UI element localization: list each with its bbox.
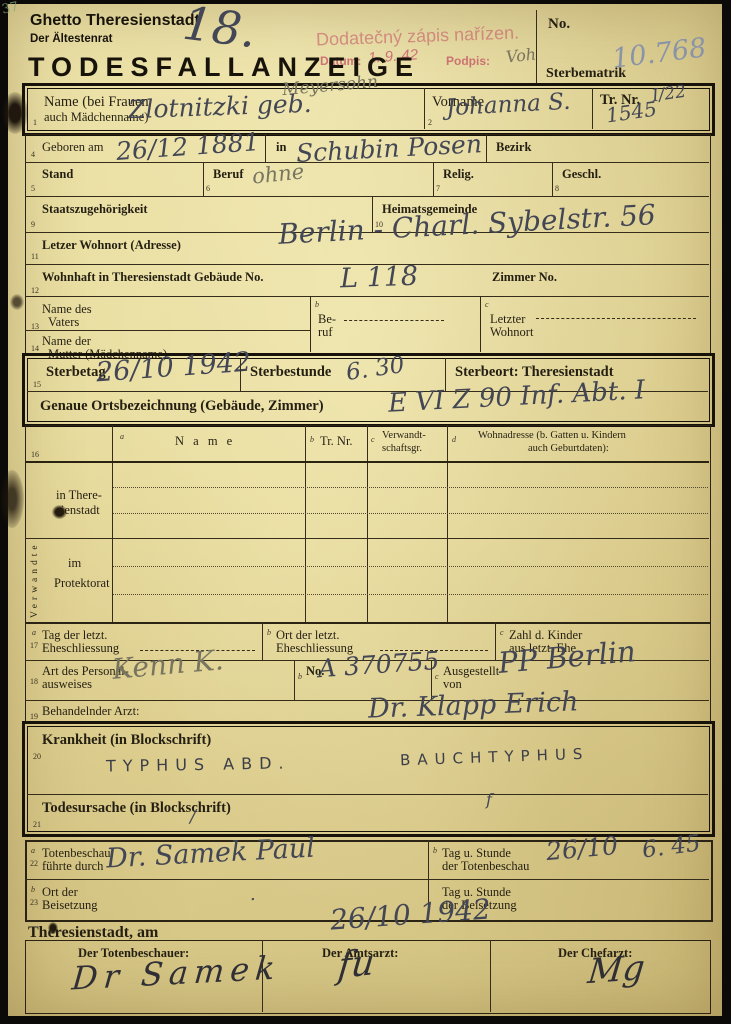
dotted-row-rule [113, 566, 708, 567]
col-divider [112, 425, 113, 622]
group1-label2: sienstadt [56, 503, 100, 517]
cell-divider [424, 88, 425, 129]
dotted-row-rule [113, 594, 708, 595]
cell-letter: c [500, 628, 504, 637]
cell-letter: b [298, 672, 302, 681]
cell-divider [433, 162, 434, 196]
field-number: 21 [33, 820, 41, 829]
totenbeschau-label2: führte durch [42, 859, 103, 873]
cell-letter: c [485, 300, 489, 309]
field-number: 1 [33, 118, 37, 127]
dotted-row-rule [113, 513, 708, 514]
col-header-name: N a m e [175, 434, 235, 448]
krankheit-label: Krankheit (in Blockschrift) [42, 732, 211, 748]
totenbeschau-tag-label: Tag u. Stunde [442, 846, 511, 860]
sterbestunde-label: Sterbestunde [250, 364, 331, 380]
sig2-signature: fu [336, 942, 377, 988]
col-header-verw: Verwandt- [382, 430, 426, 442]
relig-label: Relig. [443, 167, 474, 181]
field-number: 20 [33, 752, 41, 761]
arzt-label: Behandelnder Arzt: [42, 704, 140, 718]
bezirk-label: Bezirk [496, 140, 531, 154]
field-number: 12 [31, 286, 39, 295]
fill-dash [536, 318, 696, 319]
geboren-in-label: in [276, 140, 286, 154]
field-number: 19 [30, 712, 38, 721]
dotted-row-rule [113, 487, 708, 488]
vater-label2: Vaters [48, 315, 79, 329]
totenbeschau-label: Totenbeschau [42, 846, 111, 860]
field-number: 6 [206, 184, 210, 193]
beisetzung-mark: . [250, 884, 256, 905]
field-number: 18 [30, 677, 38, 686]
cell-letter: c [435, 672, 439, 681]
row-rule [25, 196, 709, 197]
beisetzung-ort-label: Ort der [42, 885, 78, 899]
cell-divider [480, 296, 481, 352]
group2-label2: Protektorat [54, 576, 110, 590]
cell-divider [262, 622, 263, 660]
field-number: 5 [31, 184, 35, 193]
fill-dash [344, 320, 444, 321]
col-letter: a [120, 432, 124, 441]
cell-divider [240, 358, 241, 391]
group2-label: im [68, 556, 81, 570]
letzter-wohnort-label2: Wohnort [490, 325, 533, 339]
field-number: 11 [31, 252, 39, 261]
cell-divider [552, 162, 553, 196]
col-header-trnr: Tr. Nr. [320, 434, 353, 448]
mutter-label: Name der [42, 334, 91, 348]
cell-letter: b [433, 846, 437, 855]
krankheit-handwriting-1: TYPHUS ABD. [106, 753, 291, 775]
verwandte-vertical-label: Verwandte [30, 468, 40, 618]
ausweis-label2: ausweises [42, 677, 92, 691]
vater-label: Name des [42, 302, 92, 316]
row-rule [25, 296, 709, 297]
wohnhaft-label: Wohnhaft in Theresienstadt Gebäude No. [42, 270, 263, 284]
stamp-podpis-label: Podpis: [446, 54, 490, 68]
col-divider [305, 425, 306, 622]
cell-letter: b [267, 628, 271, 637]
field-number: 16 [31, 450, 39, 459]
todesursache-label: Todesursache (in Blockschrift) [42, 800, 231, 816]
col-header-adr: Wohnadresse (b. Gatten u. Kindern [478, 430, 626, 442]
cell-divider [310, 296, 311, 352]
group1-label: in There- [56, 488, 102, 502]
col-divider [367, 425, 368, 622]
ehe-ort-label: Ort der letzt. [276, 628, 340, 642]
cell-divider [495, 622, 496, 660]
cell-letter: a [31, 846, 35, 855]
beruf-label: Beruf [213, 167, 244, 181]
field-number: 23 [30, 898, 38, 907]
ehe-tag-label2: Eheschliessung [42, 641, 119, 655]
todesursache-mark2: f [486, 790, 492, 809]
row-rule [27, 794, 708, 795]
field-number: 2 [428, 118, 432, 127]
cell-letter: b [31, 885, 35, 894]
scanned-death-notice-page: 37 Ghetto Theresienstadt Der Ältestenrat… [0, 0, 731, 1024]
paper-stain [10, 294, 24, 310]
paper-stain [2, 92, 28, 134]
header-divider [536, 10, 537, 84]
todesursache-mark1: / [190, 806, 196, 827]
cell-letter: a [32, 628, 36, 637]
header-rule [25, 461, 709, 463]
cell-divider [294, 660, 295, 700]
paper-stain [0, 470, 24, 528]
cell-divider [203, 162, 204, 196]
field-number: 15 [33, 380, 41, 389]
field-number: 14 [31, 344, 39, 353]
field-number: 8 [555, 184, 559, 193]
genaue-label: Genaue Ortsbezeichnung (Gebäude, Zimmer) [40, 398, 324, 414]
ehe-tag-label: Tag der letzt. [42, 628, 107, 642]
cell-divider [265, 134, 266, 162]
ausgestellt-label: Ausgestellt [443, 664, 499, 678]
cell-divider [486, 134, 487, 162]
letzter-wohnort-label: Letzter [490, 312, 525, 326]
cell-divider [490, 940, 491, 1012]
sig3-signature: Mg [586, 948, 647, 992]
totenbeschau-tag-label2: der Totenbeschau [442, 859, 529, 873]
cell-letter: b [315, 300, 319, 309]
stand-label: Stand [42, 167, 73, 181]
zimmer-label: Zimmer No. [492, 270, 557, 284]
beisetzung-ort-label2: Beisetzung [42, 898, 98, 912]
col-letter: d [452, 435, 456, 444]
org-name-line1: Ghetto Theresienstadt [30, 12, 200, 30]
wohnhaft-handwriting: L 118 [339, 261, 418, 295]
cell-divider [592, 88, 593, 129]
ausgestellt-label2: von [443, 677, 462, 691]
beruf2-label2: ruf [318, 325, 333, 339]
stamp-podpis-signature: Voh [505, 44, 537, 66]
col-letter: c [371, 435, 375, 444]
col-header-verw2: schaftsgr. [382, 443, 422, 455]
beruf2-label: Be- [318, 312, 336, 326]
no-label: No. [548, 16, 570, 33]
row-rule [25, 330, 310, 331]
field-number: 7 [436, 184, 440, 193]
handwritten-serial-number: 18. [180, 0, 259, 58]
staats-label: Staatszugehörigkeit [42, 202, 148, 216]
wohnort-label: Letzer Wohnort (Adresse) [42, 238, 181, 252]
field-number: 17 [30, 641, 38, 650]
col-divider [447, 425, 448, 622]
geboren-label: Geboren am [42, 140, 103, 154]
section-rule [25, 538, 709, 539]
field-number: 4 [31, 150, 35, 159]
org-name-line2: Der Ältestenrat [30, 33, 112, 45]
col-header-adr2: auch Geburtdaten): [528, 443, 609, 455]
col-letter: b [310, 435, 314, 444]
field-number: 9 [31, 220, 35, 229]
row-rule [25, 162, 709, 163]
field-number: 22 [30, 859, 38, 868]
row-rule [25, 879, 709, 880]
geschl-label: Geschl. [562, 167, 601, 181]
